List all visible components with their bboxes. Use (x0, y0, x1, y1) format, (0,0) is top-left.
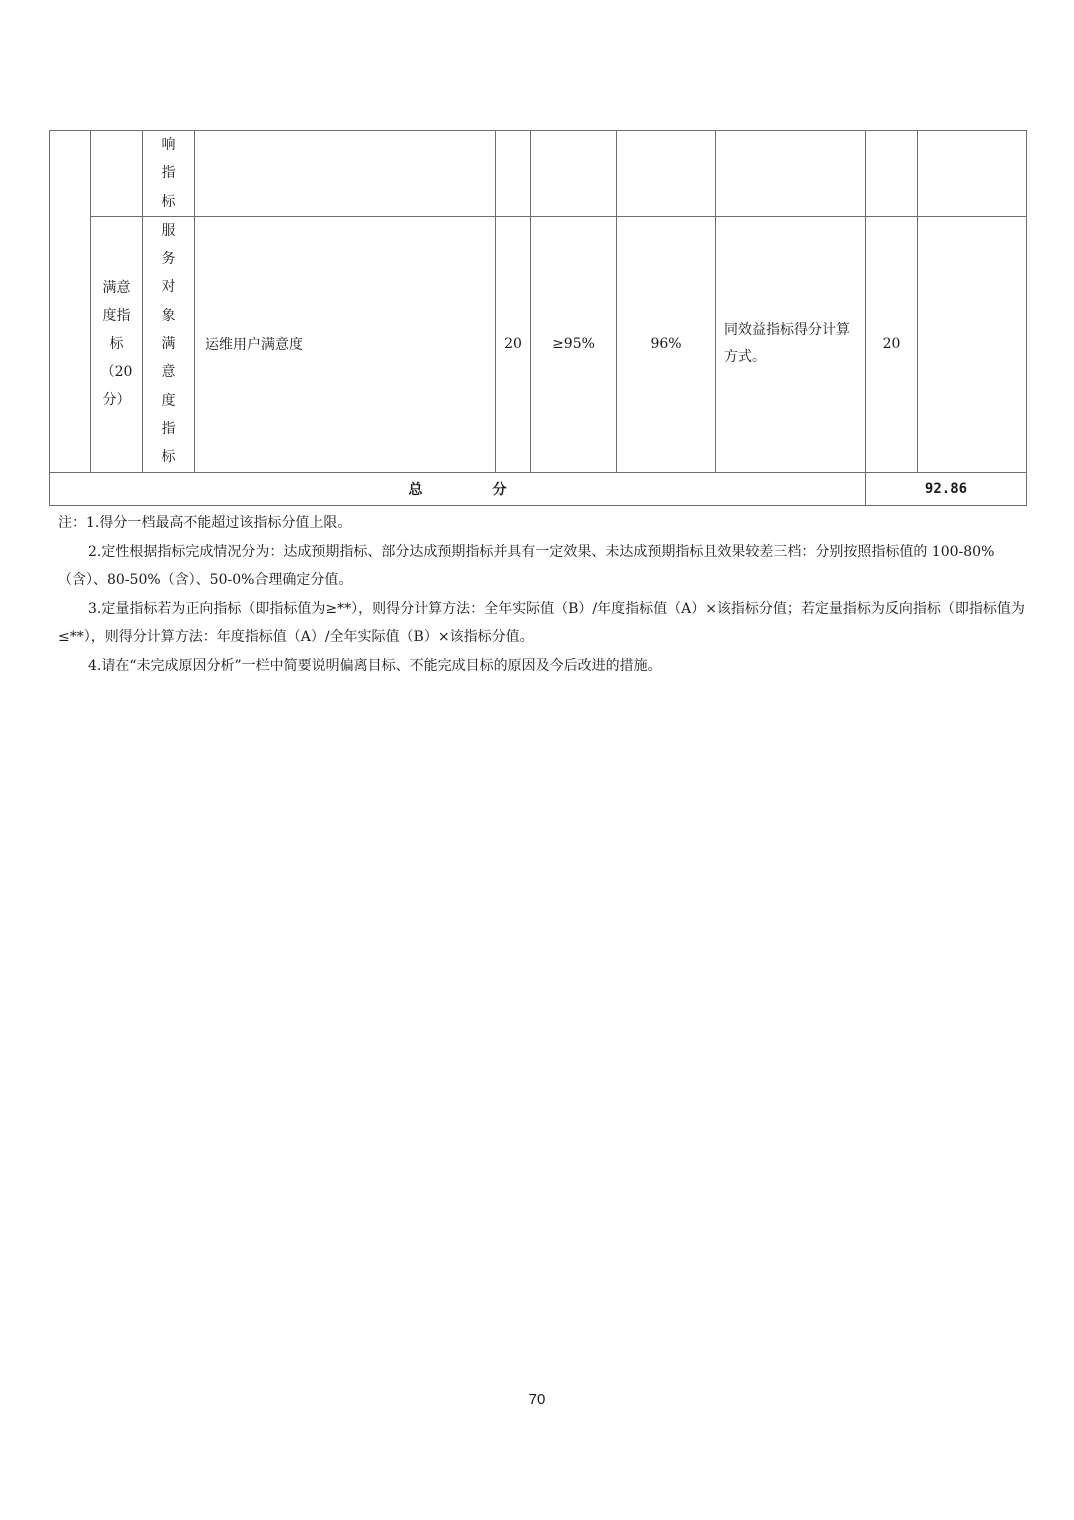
performance-table: 响 指 标 满意 度指 标 （20 分） 服 务 对 (49, 130, 1027, 506)
note-3: 3.定量指标若为正向指标（即指标值为≥**），则得分计算方法：全年实际值（B）/… (58, 595, 1026, 652)
method-cell (716, 131, 866, 217)
weight-cell: 20 (496, 216, 531, 472)
total-score-value: 92.86 (866, 472, 1027, 505)
note-4: 4.请在“未完成原因分析”一栏中简要说明偏离目标、不能完成目标的原因及今后改进的… (58, 652, 1026, 681)
table-row-satisfaction: 满意 度指 标 （20 分） 服 务 对 象 满 意 度 指 标 运维用户满意度… (50, 216, 1027, 472)
actual-cell (617, 131, 716, 217)
level3-category-cell: 服 务 对 象 满 意 度 指 标 (143, 216, 195, 472)
actual-cell: 96% (617, 216, 716, 472)
level2-category-cell: 满意 度指 标 （20 分） (91, 216, 143, 472)
weight-cell (496, 131, 531, 217)
table-row-continued: 响 指 标 (50, 131, 1027, 217)
notes-section: 注：1.得分一档最高不能超过该指标分值上限。 2.定性根据指标完成情况分为：达成… (58, 509, 1026, 680)
page-number: 70 (0, 1391, 1074, 1408)
score-cell: 20 (866, 216, 918, 472)
table-row-total: 总分 92.86 (50, 472, 1027, 505)
target-cell: ≥95% (531, 216, 617, 472)
indicator-cell (195, 131, 496, 217)
method-cell: 同效益指标得分计算方式。 (716, 216, 866, 472)
level1-category-cell (50, 131, 91, 473)
indicator-cell: 运维用户满意度 (195, 216, 496, 472)
reason-cell (918, 131, 1027, 217)
document-page: 响 指 标 满意 度指 标 （20 分） 服 务 对 (0, 0, 1074, 1520)
reason-cell (918, 216, 1027, 472)
score-cell (866, 131, 918, 217)
target-cell (531, 131, 617, 217)
total-label-cell: 总分 (50, 472, 866, 505)
note-1: 注：1.得分一档最高不能超过该指标分值上限。 (58, 509, 1026, 538)
level2-category-cell (91, 131, 143, 217)
level3-category-cell: 响 指 标 (143, 131, 195, 217)
note-2: 2.定性根据指标完成情况分为：达成预期指标、部分达成预期指标并具有一定效果、未达… (58, 538, 1026, 595)
